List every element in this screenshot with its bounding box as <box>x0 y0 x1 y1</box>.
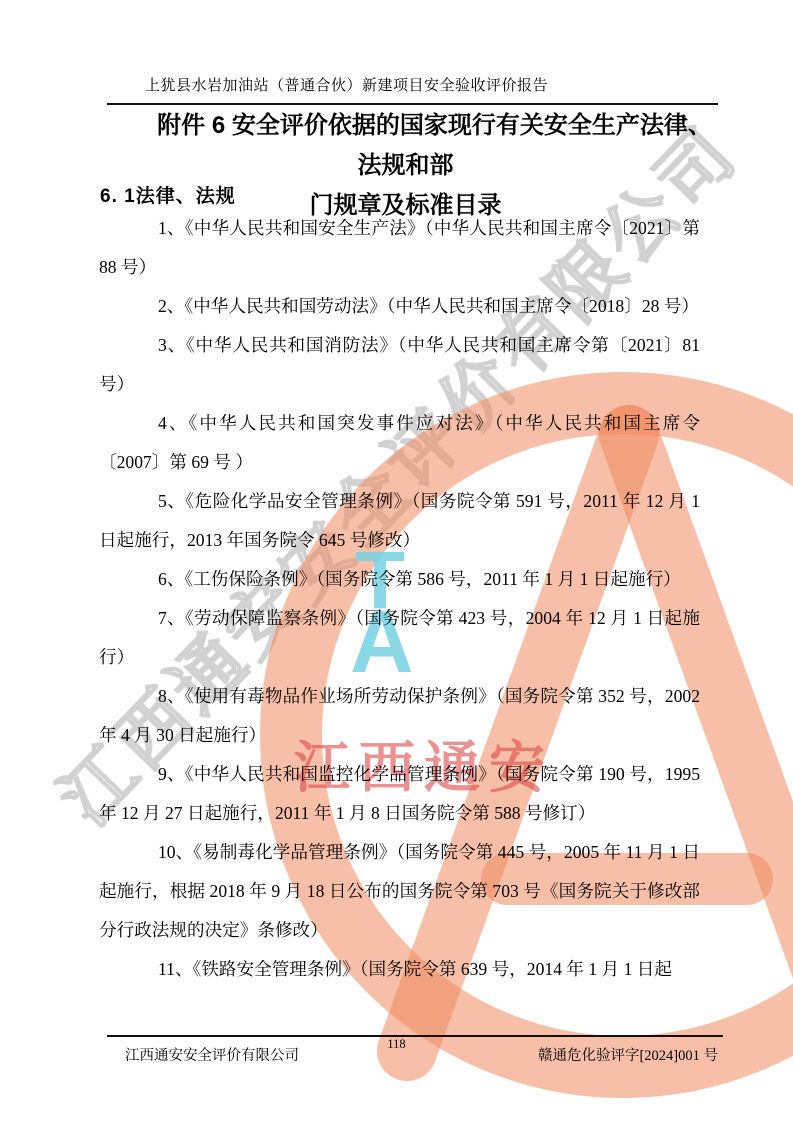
law-item: 2、《中华人民共和国劳动法》（中华人民共和国主席令〔2018〕28 号） <box>99 287 700 326</box>
document-page: 江西通安安全评价有限公司 T A 江西通安 上犹县水岩加油站（普通合伙）新建项目… <box>0 0 793 1122</box>
page-content: 上犹县水岩加油站（普通合伙）新建项目安全验收评价报告 附件 6 安全评价依据的国… <box>0 0 793 1122</box>
law-item: 4、《中华人民共和国突发事件应对法》（中华人民共和国主席令〔2007〕第 69 … <box>99 404 700 482</box>
law-item: 5、《危险化学品安全管理条例》（国务院令第 591 号，2011 年 12 月 … <box>99 482 700 560</box>
footer-company: 江西通安安全评价有限公司 <box>125 1044 299 1065</box>
attachment-title: 附件 6 安全评价依据的国家现行有关安全生产法律、法规和部 门规章及标准目录 <box>88 106 723 226</box>
law-item: 3、《中华人民共和国消防法》（中华人民共和国主席令第〔2021〕81 号） <box>99 326 700 404</box>
section-heading: 6. 1法律、法规 <box>100 181 236 208</box>
footer-doc-number: 赣通危化验评字[2024]001 号 <box>538 1044 718 1065</box>
page-header-title: 上犹县水岩加油站（普通合伙）新建项目安全验收评价报告 <box>145 74 548 95</box>
law-item: 8、《使用有毒物品作业场所劳动保护条例》（国务院令第 352 号，2002 年 … <box>99 677 700 755</box>
law-item: 9、《中华人民共和国监控化学品管理条例》（国务院令第 190 号，1995 年 … <box>99 755 700 833</box>
header-rule <box>107 103 718 105</box>
law-list: 1、《中华人民共和国安全生产法》（中华人民共和国主席令〔2021〕第 88 号）… <box>99 209 700 989</box>
law-item: 6、《工伤保险条例》（国务院令第 586 号，2011 年 1 月 1 日起施行… <box>99 560 700 599</box>
law-item: 7、《劳动保障监察条例》（国务院令第 423 号，2004 年 12 月 1 日… <box>99 599 700 677</box>
attachment-title-line1: 附件 6 安全评价依据的国家现行有关安全生产法律、法规和部 <box>88 106 723 186</box>
law-item: 1、《中华人民共和国安全生产法》（中华人民共和国主席令〔2021〕第 88 号） <box>99 209 700 287</box>
law-item: 11、《铁路安全管理条例》（国务院令第 639 号，2014 年 1 月 1 日… <box>99 950 700 989</box>
law-item: 10、《易制毒化学品管理条例》（国务院令第 445 号，2005 年 11 月 … <box>99 833 700 950</box>
